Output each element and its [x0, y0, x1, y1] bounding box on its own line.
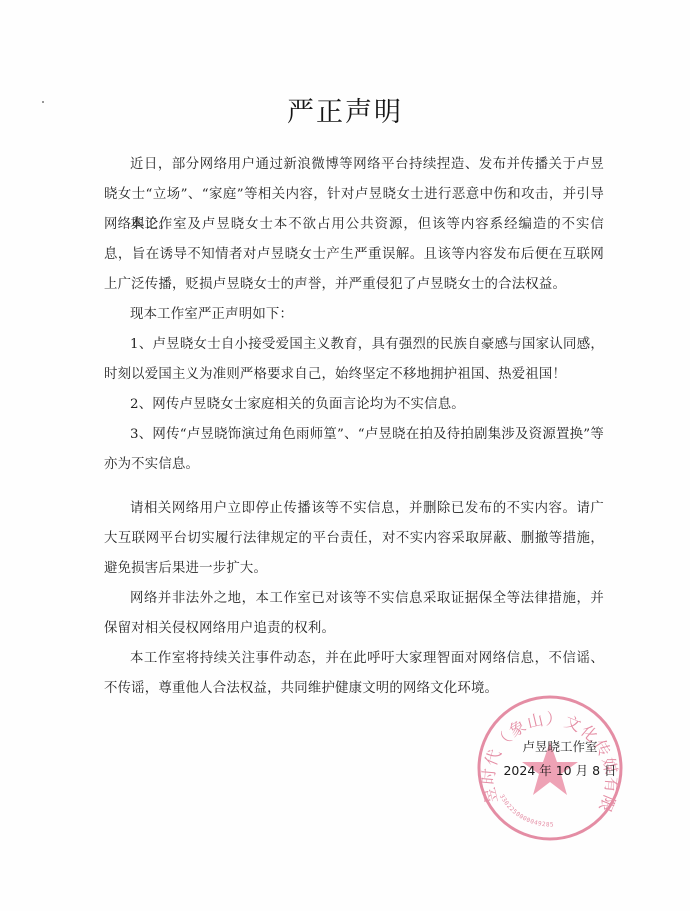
paragraph-request: 请相关网络用户立即停止传播该等不实信息，并删除已发布的不实内容。请广大互联网平台… [104, 494, 604, 584]
paragraph-point-3: 3、网传“卢昱晓饰演过角色雨师篁”、“卢昱晓在拍及待拍剧集涉及资源置换”等亦为不… [104, 420, 604, 480]
paragraph-point-2: 2、网传卢昱晓女士家庭相关的负面言论均为不实信息。 [104, 390, 604, 420]
paragraph-legal: 网络并非法外之地，本工作室已对该等不实信息采取证据保全等法律措施，并保留对相关侵… [104, 584, 604, 644]
signature-date: 2024 年 10 月 8 日 [500, 759, 620, 783]
document-page: 严正声明 近日，部分网络用户通过新浪微博等网络平台持续捏造、发布并传播关于卢昱晓… [0, 0, 690, 911]
paragraph-point-1: 1、卢昱晓女士自小接受爱国主义教育，具有强烈的民族自豪感与国家认同感，时刻以爱国… [104, 330, 604, 390]
scan-speck [42, 101, 44, 103]
paragraph-context: 本工作室及卢昱晓女士本不欲占用公共资源，但该等内容系经编造的不实信息，旨在诱导不… [104, 210, 604, 300]
signature-block: 卢昱晓工作室 2024 年 10 月 8 日 [500, 735, 620, 783]
paragraph-declaration-lead: 现本工作室严正声明如下： [104, 300, 604, 330]
signature-issuer: 卢昱晓工作室 [500, 735, 620, 759]
document-title: 严正声明 [0, 90, 690, 129]
